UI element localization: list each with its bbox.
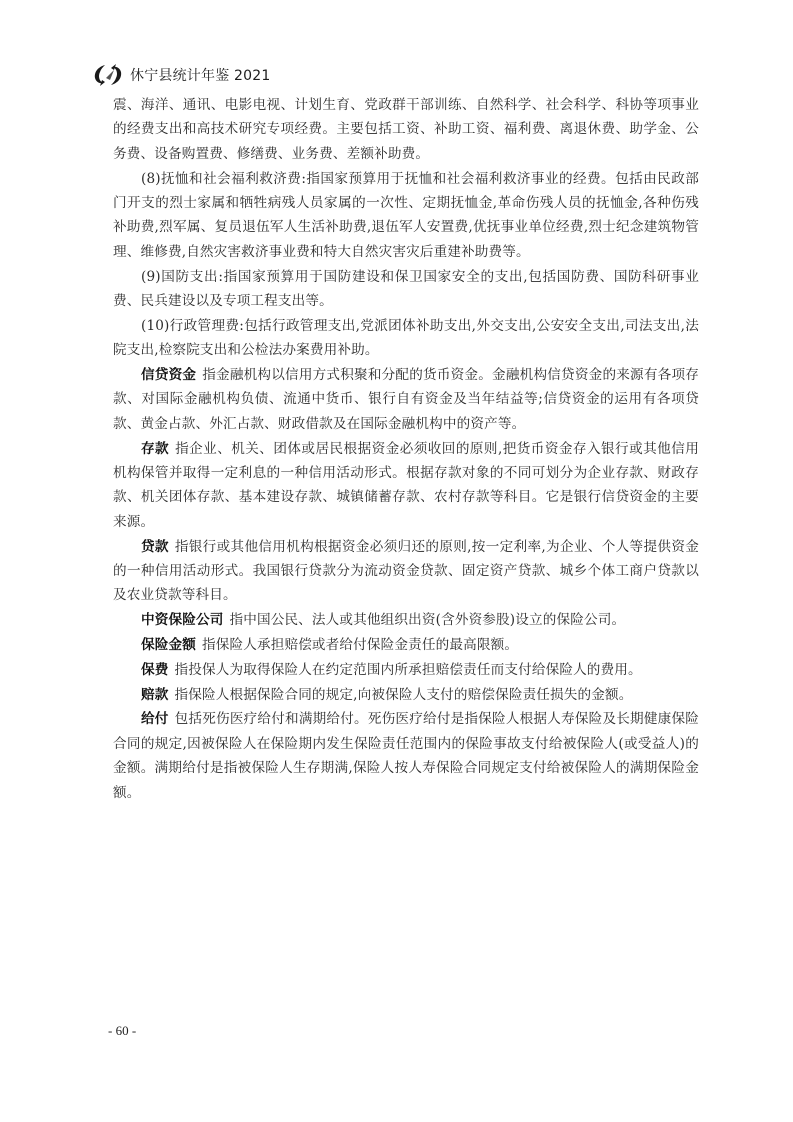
paragraph-administration: (10)行政管理费:包括行政管理支出,党派团体补助支出,外交支出,公安安全支出,… — [113, 314, 699, 363]
definition-claims: 赔款指保险人根据保险合同的规定,向被保险人支付的赔偿保险责任损失的金额。 — [113, 683, 699, 707]
paragraph-continuation: 震、海洋、通讯、电影电视、计划生育、党政群干部训练、自然科学、社会科学、科协等项… — [113, 93, 699, 166]
statistics-logo-icon — [92, 62, 124, 88]
definition-text: 指保险人根据保险合同的规定,向被保险人支付的赔偿保险责任损失的金额。 — [175, 687, 633, 703]
definition-term: 贷款 — [141, 539, 169, 555]
definition-benefit-payments: 给付包括死伤医疗给付和满期给付。死伤医疗给付是指保险人根据人寿保险及长期健康保险… — [113, 707, 699, 805]
definition-term: 中资保险公司 — [141, 612, 223, 628]
definition-term: 保费 — [141, 662, 169, 678]
paragraph-text: (10)行政管理费:包括行政管理支出,党派团体补助支出,外交支出,公安安全支出,… — [113, 318, 699, 358]
definition-deposits: 存款指企业、机关、团体或居民根据资金必须收回的原则,把货币资金存入银行或其他信用… — [113, 437, 699, 535]
definition-text: 指银行或其他信用机构根据资金必须归还的原则,按一定利率,为企业、个人等提供资金的… — [113, 539, 699, 604]
paragraph-text: (9)国防支出:指国家预算用于国防建设和保卫国家安全的支出,包括国防费、国防科研… — [113, 269, 699, 309]
definition-term: 存款 — [141, 441, 169, 457]
definition-term: 保险金额 — [141, 637, 196, 653]
document-body: 震、海洋、通讯、电影电视、计划生育、党政群干部训练、自然科学、社会科学、科协等项… — [113, 93, 699, 805]
page-number: - 60 - — [108, 1023, 136, 1039]
definition-credit-funds: 信贷资金指金融机构以信用方式积聚和分配的货币资金。金融机构信贷资金的来源有各项存… — [113, 363, 699, 436]
definition-term: 赔款 — [141, 687, 169, 703]
definition-term: 信贷资金 — [141, 367, 196, 383]
definition-text: 指保险人承担赔偿或者给付保险金责任的最高限额。 — [202, 637, 518, 653]
paragraph-text: 震、海洋、通讯、电影电视、计划生育、党政群干部训练、自然科学、社会科学、科协等项… — [113, 97, 699, 162]
paragraph-national-defense: (9)国防支出:指国家预算用于国防建设和保卫国家安全的支出,包括国防费、国防科研… — [113, 265, 699, 314]
definition-loans: 贷款指银行或其他信用机构根据资金必须归还的原则,按一定利率,为企业、个人等提供资… — [113, 535, 699, 608]
definition-text: 指企业、机关、团体或居民根据资金必须收回的原则,把货币资金存入银行或其他信用机构… — [113, 441, 699, 530]
yearbook-title: 休宁县统计年鉴 2021 — [130, 65, 270, 85]
definition-sum-insured: 保险金额指保险人承担赔偿或者给付保险金责任的最高限额。 — [113, 633, 699, 657]
paragraph-text: (8)抚恤和社会福利救济费:指国家预算用于抚恤和社会福利救济事业的经费。包括由民… — [113, 171, 699, 260]
page-header: 休宁县统计年鉴 2021 — [92, 62, 270, 88]
definition-text: 包括死伤医疗给付和满期给付。死伤医疗给付是指保险人根据人寿保险及长期健康保险合同… — [113, 711, 699, 800]
paragraph-pension-welfare: (8)抚恤和社会福利救济费:指国家预算用于抚恤和社会福利救济事业的经费。包括由民… — [113, 167, 699, 265]
definition-text: 指中国公民、法人或其他组织出资(含外资参股)设立的保险公司。 — [229, 612, 625, 628]
definition-premium: 保费指投保人为取得保险人在约定范围内所承担赔偿责任而支付给保险人的费用。 — [113, 658, 699, 682]
definition-text: 指金融机构以信用方式积聚和分配的货币资金。金融机构信贷资金的来源有各项存款、对国… — [113, 367, 699, 432]
definition-text: 指投保人为取得保险人在约定范围内所承担赔偿责任而支付给保险人的费用。 — [175, 662, 642, 678]
definition-term: 给付 — [141, 711, 169, 727]
definition-domestic-insurer: 中资保险公司指中国公民、法人或其他组织出资(含外资参股)设立的保险公司。 — [113, 608, 699, 632]
